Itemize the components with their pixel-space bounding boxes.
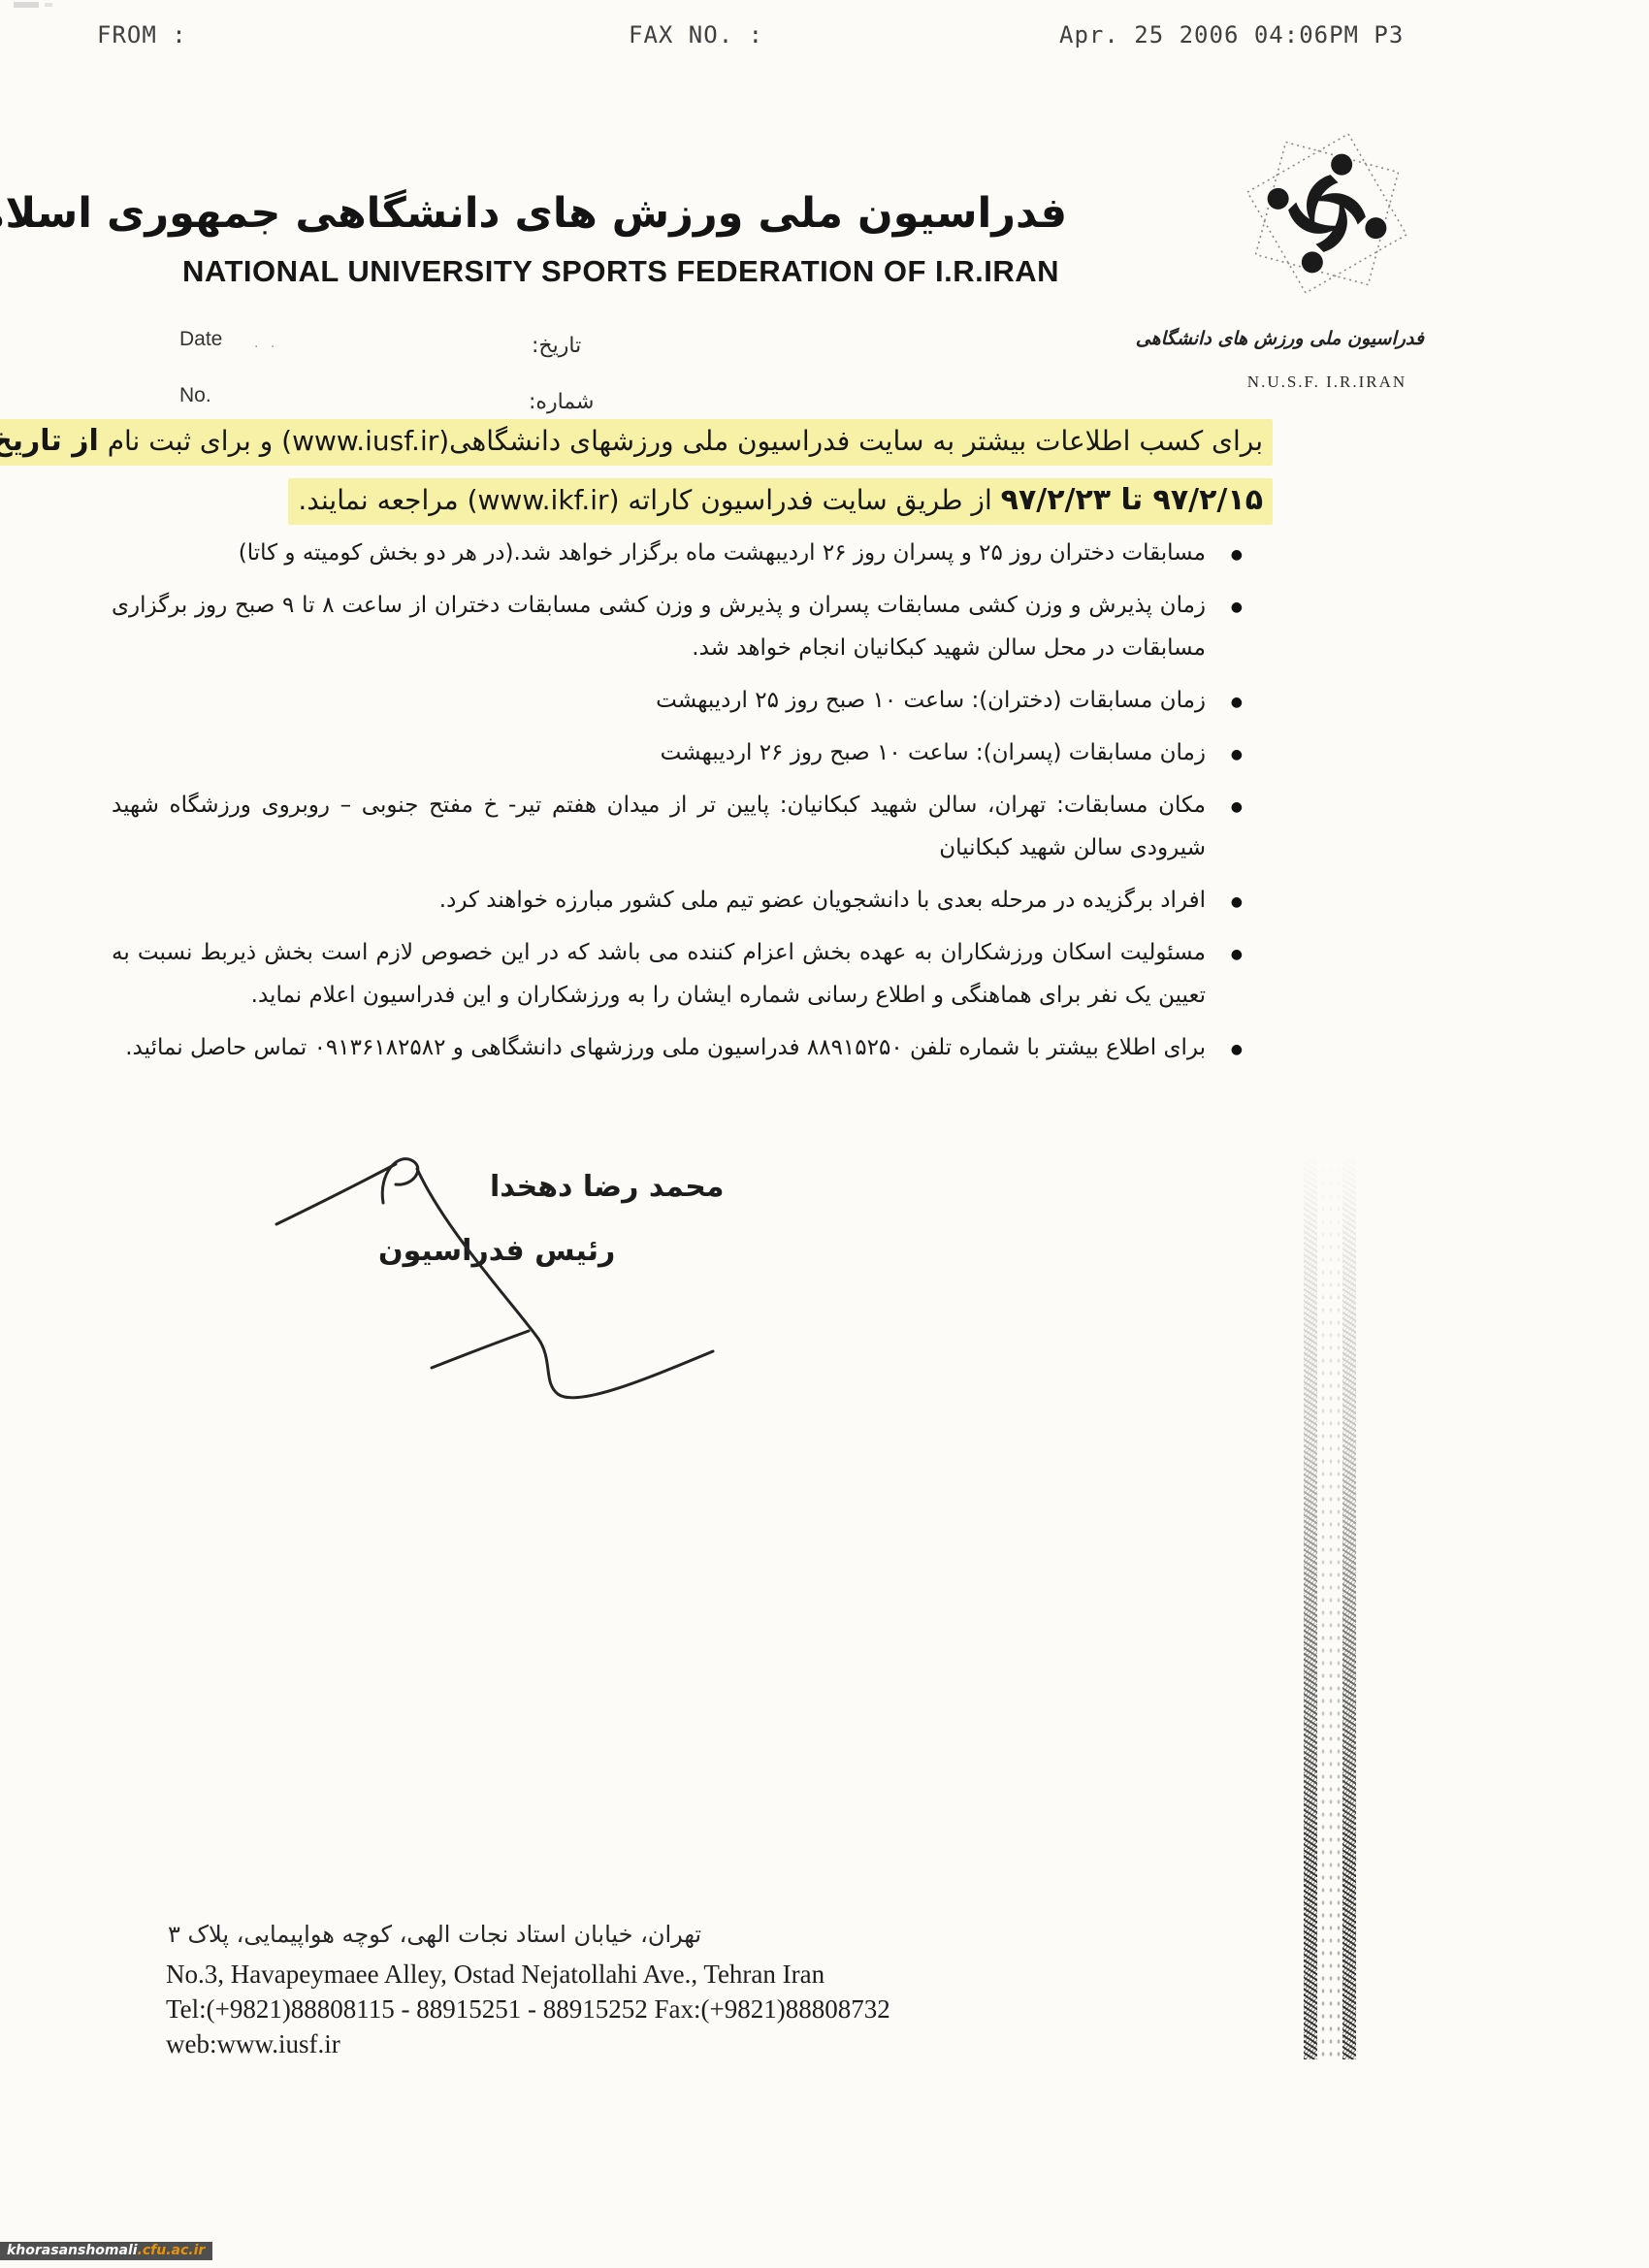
notice-line-1-highlight: برای کسب اطلاعات بیشتر به سایت فدراسیون …	[0, 419, 1273, 466]
fax-document-page: FROM : FAX NO. : Apr. 25 2006 04:06PM P3…	[0, 0, 1649, 2268]
watermark-badge: khorasanshomali.cfu.ac.ir	[0, 2242, 212, 2260]
notice-line-1: برای کسب اطلاعات بیشتر به سایت فدراسیون …	[0, 424, 1273, 458]
notice-line-2-bold: ۹۷/۲/۱۵ تا ۹۷/۲/۲۳	[1001, 483, 1263, 517]
bullet-list: مسابقات دختران روز ۲۵ و پسران روز ۲۶ ارد…	[112, 532, 1245, 1079]
fax-from-label: FROM :	[97, 21, 187, 49]
no-label-en: No.	[179, 384, 211, 407]
bullet-item: زمان مسابقات (دختران): ساعت ۱۰ صبح روز ۲…	[112, 679, 1245, 722]
fax-timestamp: Apr. 25 2006 04:06PM P3	[1059, 21, 1404, 49]
letterhead-title-en: NATIONAL UNIVERSITY SPORTS FEDERATION OF…	[182, 254, 1059, 289]
footer-address-en: No.3, Havapeymaee Alley, Ostad Nejatolla…	[166, 1960, 824, 1990]
date-label-fa: تاریخ:	[532, 334, 581, 358]
fax-noise-bar-left	[1304, 1152, 1317, 2059]
letterhead-title-fa: فدراسیون ملی ورزش های دانشگاهی جمهوری اس…	[0, 189, 1067, 238]
fax-noise-bar-right	[1342, 1152, 1356, 2059]
bullet-item: مسابقات دختران روز ۲۵ و پسران روز ۲۶ ارد…	[112, 532, 1245, 574]
footer-web: web:www.iusf.ir	[166, 2029, 340, 2059]
no-label-fa: شماره:	[529, 390, 594, 414]
fax-noise-specks	[1319, 1152, 1341, 2059]
notice-line-2: ۹۷/۲/۱۵ تا ۹۷/۲/۲۳ از طریق سایت فدراسیون…	[288, 483, 1273, 517]
watermark-site: khorasanshomali	[7, 2243, 138, 2258]
date-label-en: Date	[179, 328, 222, 351]
fax-number-label: FAX NO. :	[629, 21, 763, 49]
federation-logo-icon	[1228, 113, 1426, 320]
fax-noise-region	[1300, 1152, 1362, 2059]
signature-mark	[223, 1140, 1242, 1470]
bullet-item: افراد برگزیده در مرحله بعدی با دانشجویان…	[112, 879, 1245, 922]
scan-artifact	[14, 2, 39, 8]
logo-caption-en: N.U.S.F. I.R.IRAN	[1230, 373, 1424, 392]
watermark-domain: .cfu.ac.ir	[138, 2243, 206, 2258]
notice-line-2-text: از طریق سایت فدراسیون کاراته (www.ikf.ir…	[298, 484, 991, 516]
notice-line-1-bold: از تاریخ	[0, 424, 99, 458]
bullet-item: زمان مسابقات (پسران): ساعت ۱۰ صبح روز ۲۶…	[112, 731, 1245, 774]
bullet-item: مکان مسابقات: تهران، سالن شهید کبکانیان:…	[112, 784, 1245, 869]
footer-telfax: Tel:(+9821)88808115 - 88915251 - 8891525…	[166, 1994, 890, 2025]
footer-address-fa: تهران، خیابان استاد نجات الهی، کوچه هواپ…	[168, 1921, 701, 1948]
date-dots: · ·	[254, 340, 278, 355]
bullet-item: برای اطلاع بیشتر با شماره تلفن ۸۸۹۱۵۲۵۰ …	[112, 1026, 1245, 1069]
notice-line-1-text: برای کسب اطلاعات بیشتر به سایت فدراسیون …	[108, 425, 1263, 457]
notice-line-2-highlight: ۹۷/۲/۱۵ تا ۹۷/۲/۲۳ از طریق سایت فدراسیون…	[288, 478, 1273, 525]
logo-caption-fa: فدراسیون ملی ورزش های دانشگاهی	[1230, 328, 1424, 349]
bullet-item: مسئولیت اسکان ورزشکاران به عهده بخش اعزا…	[112, 931, 1245, 1017]
bullet-item: زمان پذیرش و وزن کشی مسابقات پسران و پذی…	[112, 584, 1245, 669]
scan-artifact	[45, 3, 52, 7]
